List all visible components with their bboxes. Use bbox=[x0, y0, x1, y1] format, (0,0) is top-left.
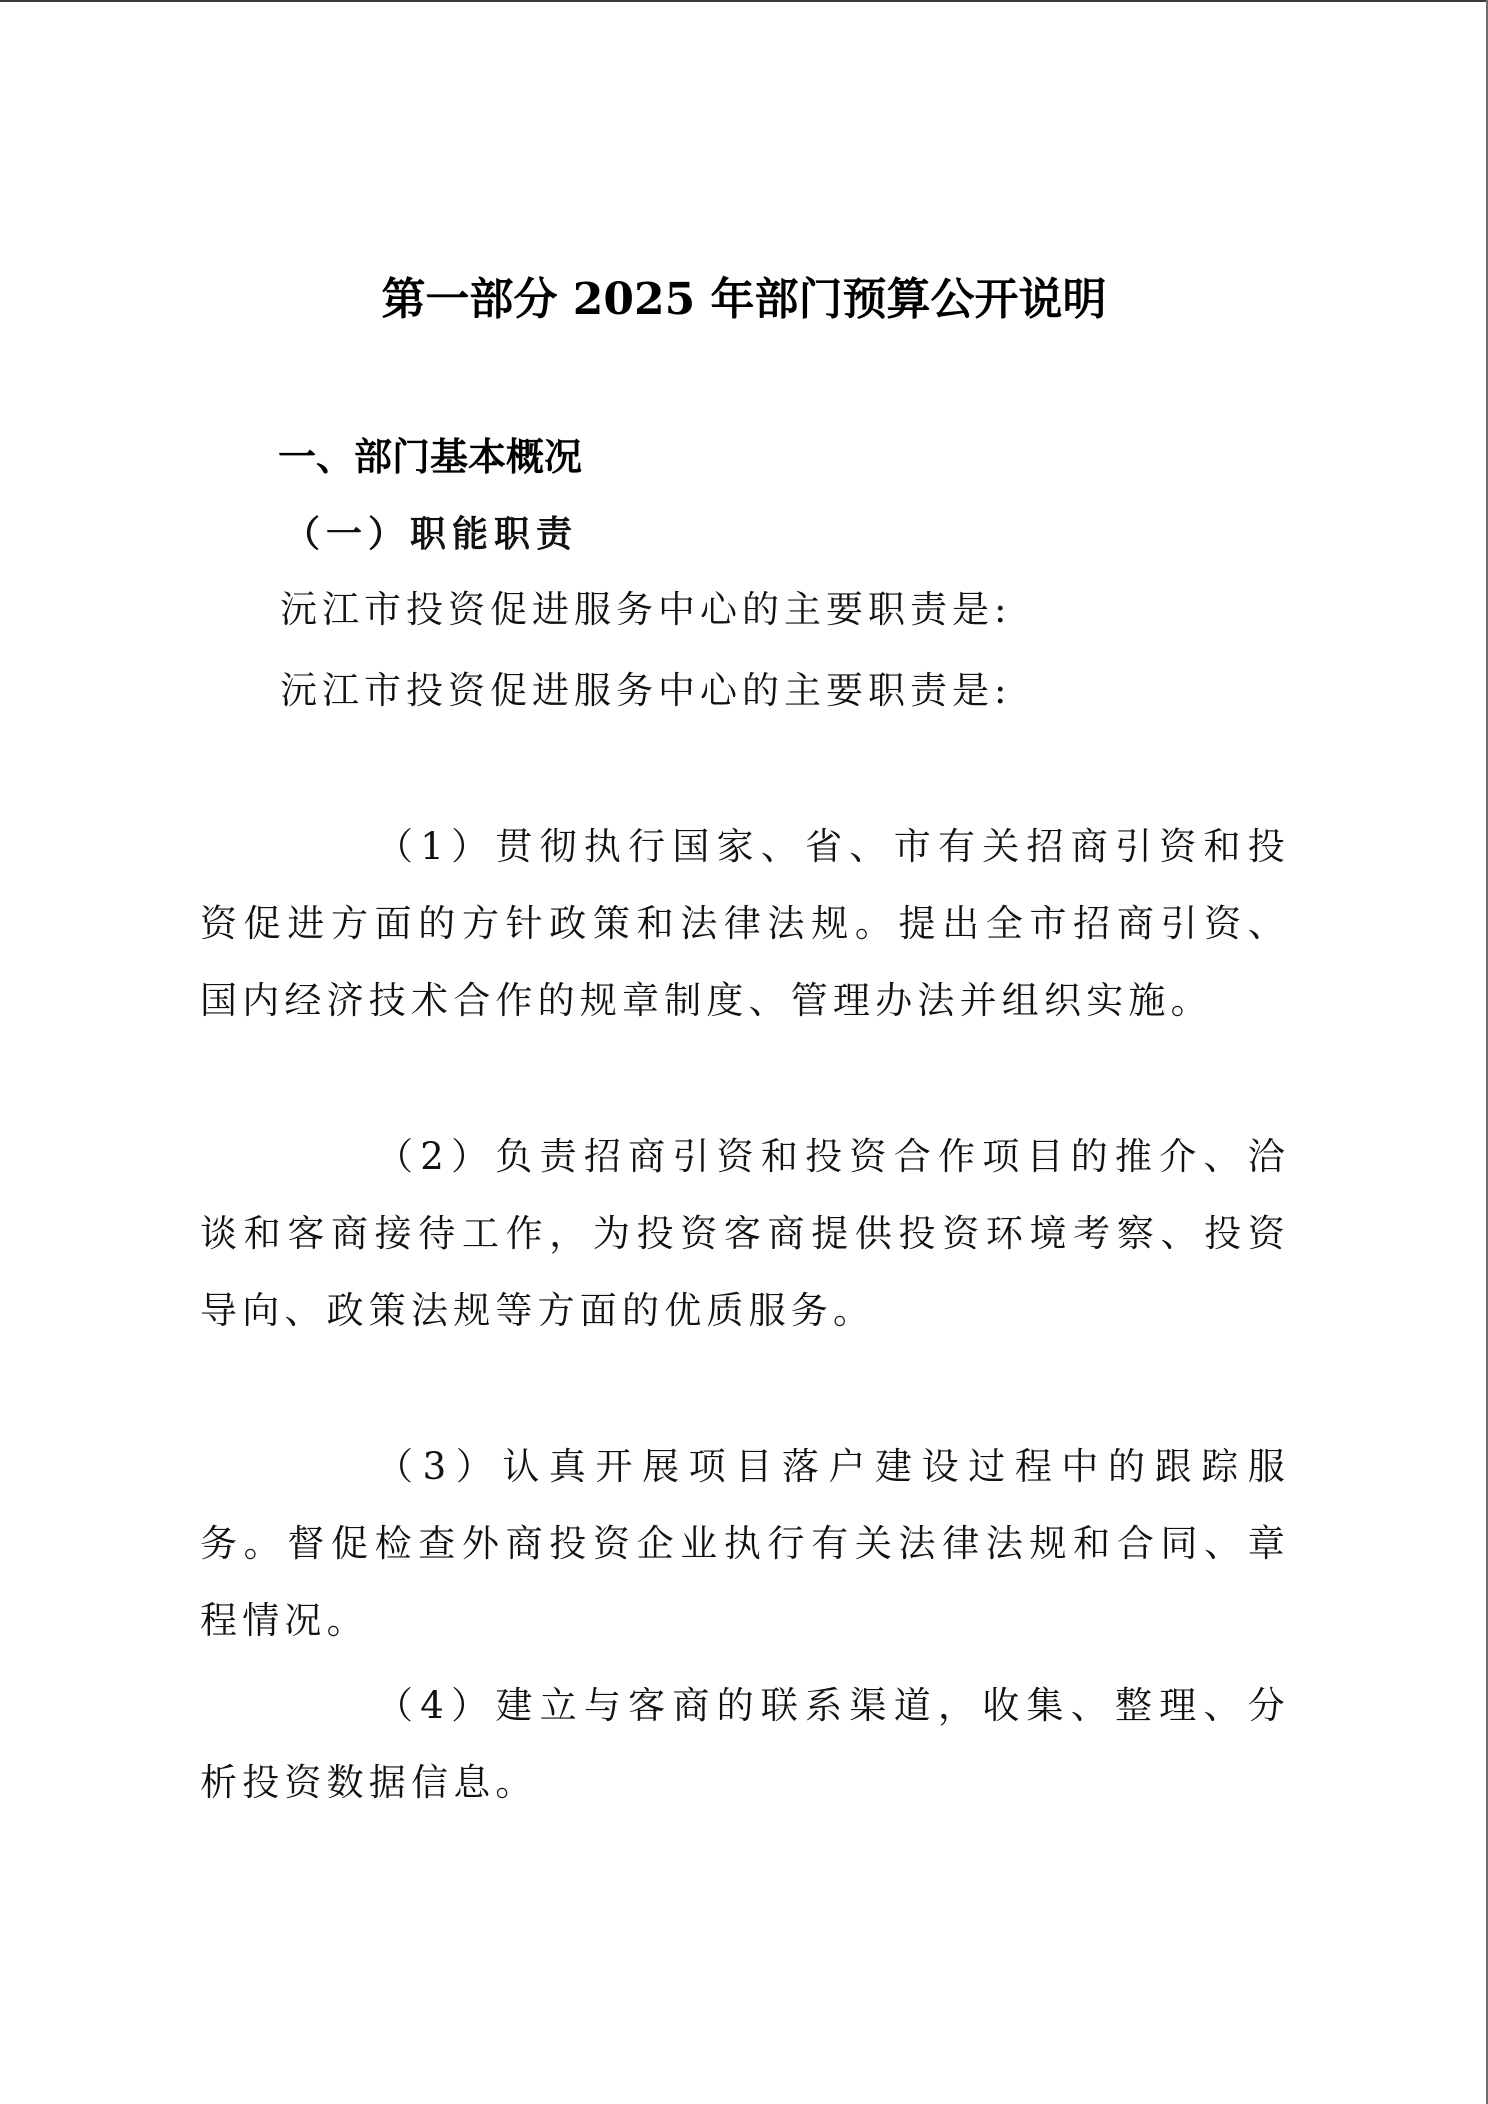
document-title: 第一部分 2025 年部门预算公开说明 bbox=[0, 272, 1488, 328]
duty-paragraph-2: （2）负责招商引资和投资合作项目的推介、洽谈和客商接待工作，为投资客商提供投资环… bbox=[200, 1118, 1290, 1349]
duty-paragraph-3: （3）认真开展项目落户建设过程中的跟踪服务。督促检查外商投资企业执行有关法律法规… bbox=[200, 1428, 1290, 1659]
duty-paragraph-4: （4）建立与客商的联系渠道，收集、整理、分析投资数据信息。 bbox=[200, 1667, 1290, 1821]
section-heading: 一、部门基本概况 bbox=[278, 432, 582, 482]
sub-heading-duties: （一）职能职责 bbox=[284, 510, 578, 560]
page-border-top bbox=[0, 0, 1488, 2]
intro-line: 沅江市投资促进服务中心的主要职责是: bbox=[280, 585, 1011, 635]
duty-paragraph-1: （1）贯彻执行国家、省、市有关招商引资和投资促进方面的方针政策和法律法规。提出全… bbox=[200, 808, 1290, 1039]
intro-line: 沅江市投资促进服务中心的主要职责是: bbox=[280, 666, 1011, 716]
